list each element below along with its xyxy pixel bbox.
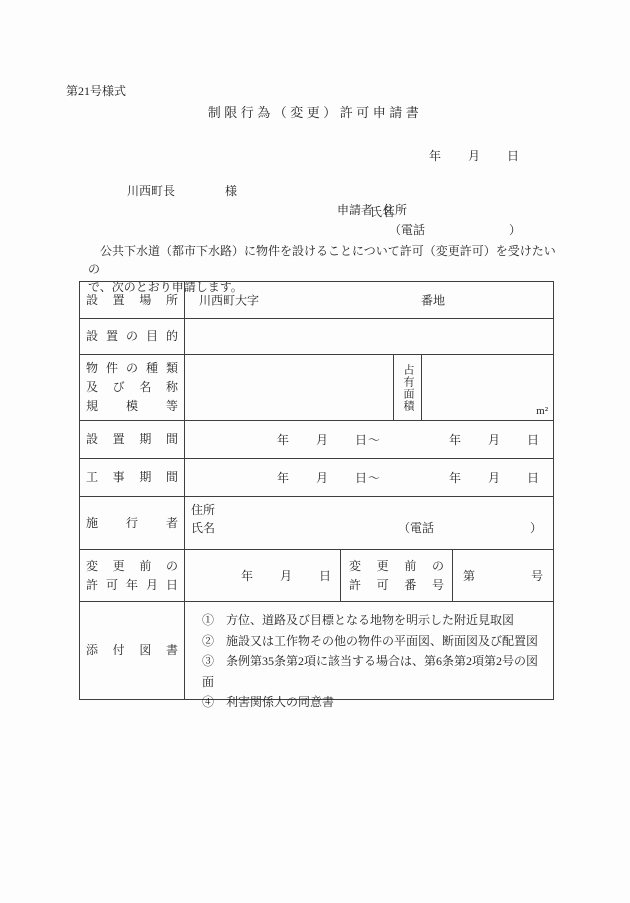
executor-label-cell: 施行者 [80,497,185,549]
executor-phone-label: （電話 ） [398,519,542,537]
application-table: 設置場所 川西町大字 番地 設置の目的 物件の種類 及び名称 規模等 占有面積 [79,281,554,700]
row-location: 設置場所 川西町大字 番地 [80,282,553,319]
location-label-cell: 設置場所 [80,282,185,318]
row-object: 物件の種類 及び名称 規模等 占有面積 m² [80,355,553,421]
applicant-label: 申請者 [337,203,373,217]
addressee-name: 川西町長 [127,184,175,198]
row-prior-permit: 変更前の 許可年月日 年 月 日 変更前の 許可番号 第 号 [80,550,553,602]
work-period-label: 工事期間 [86,468,178,487]
object-description-cell [185,355,394,420]
attachments-list-cell: ① 方位、道路及び目標となる地物を明示した附近見取図 ② 施設又は工作物その他の… [185,602,553,699]
row-purpose: 設置の目的 [80,319,553,355]
prior-permit-number-label-cell: 変更前の 許可番号 [341,550,453,601]
location-label: 設置場所 [86,291,178,310]
work-period-to: 年 月 日 [449,469,540,486]
attachment-item-2: ② 施設又は工作物その他の物件の平面図、断面図及び配置図 [202,631,549,652]
prior-permit-label-line-1: 変更前の [86,557,178,576]
occupied-area-label-cell: 占有面積 [394,355,422,420]
install-period-label-cell: 設置期間 [80,421,185,458]
purpose-label-cell: 設置の目的 [80,319,185,354]
occupied-area-label: 占有面積 [402,364,413,412]
prior-permit-number-label-line-2: 許可番号 [349,576,444,595]
area-unit: m² [536,405,548,417]
permit-number-suffix: 号 [531,567,543,584]
install-period-from: 年 月 日～ [277,431,381,448]
attachments-label-cell: 添付図書 [80,602,185,699]
addressee-honorific: 様 [225,184,237,198]
work-period-value-cell: 年 月 日～ 年 月 日 [185,459,553,496]
location-value-cell: 川西町大字 番地 [185,282,553,318]
submission-date-line: 年 月 日 [429,147,520,164]
executor-value-cell: 住所 氏名 （電話 ） [185,497,553,549]
purpose-label: 設置の目的 [86,327,178,346]
purpose-value-cell [185,319,553,354]
executor-address-label: 住所 [191,501,553,519]
prior-permit-date: 年 月 日 [241,567,332,584]
attachments-label: 添付図書 [86,641,178,660]
install-period-value-cell: 年 月 日～ 年 月 日 [185,421,553,458]
object-label-cell: 物件の種類 及び名称 規模等 [80,355,185,420]
prior-permit-number-value-cell: 第 号 [453,550,553,601]
intro-line-1: 公共下水道（都市下水路）に物件を設けることについて許可（変更許可）を受けたいの [88,242,560,278]
row-attachments: 添付図書 ① 方位、道路及び目標となる地物を明示した附近見取図 ② 施設又は工作… [80,602,553,699]
addressee-line: 川西町長様 [115,167,237,214]
prior-permit-label-line-2: 許可年月日 [86,576,178,595]
applicant-phone-label: （電話 ） [389,221,521,238]
object-label-line-2: 及び名称 [86,378,178,397]
attachment-item-3: ③ 条例第35条第2項に該当する場合は、第6条第2項第2号の図面 [202,651,549,692]
install-period-label: 設置期間 [86,430,178,449]
applicant-name-label: 氏名 [370,203,394,220]
attachment-item-1: ① 方位、道路及び目標となる地物を明示した附近見取図 [202,610,549,631]
location-prefix: 川西町大字 [199,292,259,309]
work-period-label-cell: 工事期間 [80,459,185,496]
prior-permit-date-cell: 年 月 日 [185,550,341,601]
form-title: 制限行為（変更）許可申請書 [0,102,630,121]
object-label-line-3: 規模等 [86,397,178,416]
prior-permit-label-cell: 変更前の 許可年月日 [80,550,185,601]
application-form-page: 第21号様式 制限行為（変更）許可申請書 年 月 日 川西町長様 申請者住所 氏… [0,0,630,903]
executor-label: 施行者 [86,514,178,533]
form-number: 第21号様式 [66,82,126,99]
row-executor: 施行者 住所 氏名 （電話 ） [80,497,553,550]
attachment-item-4: ④ 利害関係人の同意書 [202,692,549,713]
prior-permit-number-label-line-1: 変更前の [349,557,444,576]
row-install-period: 設置期間 年 月 日～ 年 月 日 [80,421,553,459]
install-period-to: 年 月 日 [449,431,540,448]
row-work-period: 工事期間 年 月 日～ 年 月 日 [80,459,553,497]
location-suffix: 番地 [421,292,445,309]
occupied-area-value-cell: m² [422,355,553,420]
permit-number-prefix: 第 [463,567,475,584]
object-label-line-1: 物件の種類 [86,359,178,378]
work-period-from: 年 月 日～ [277,469,381,486]
